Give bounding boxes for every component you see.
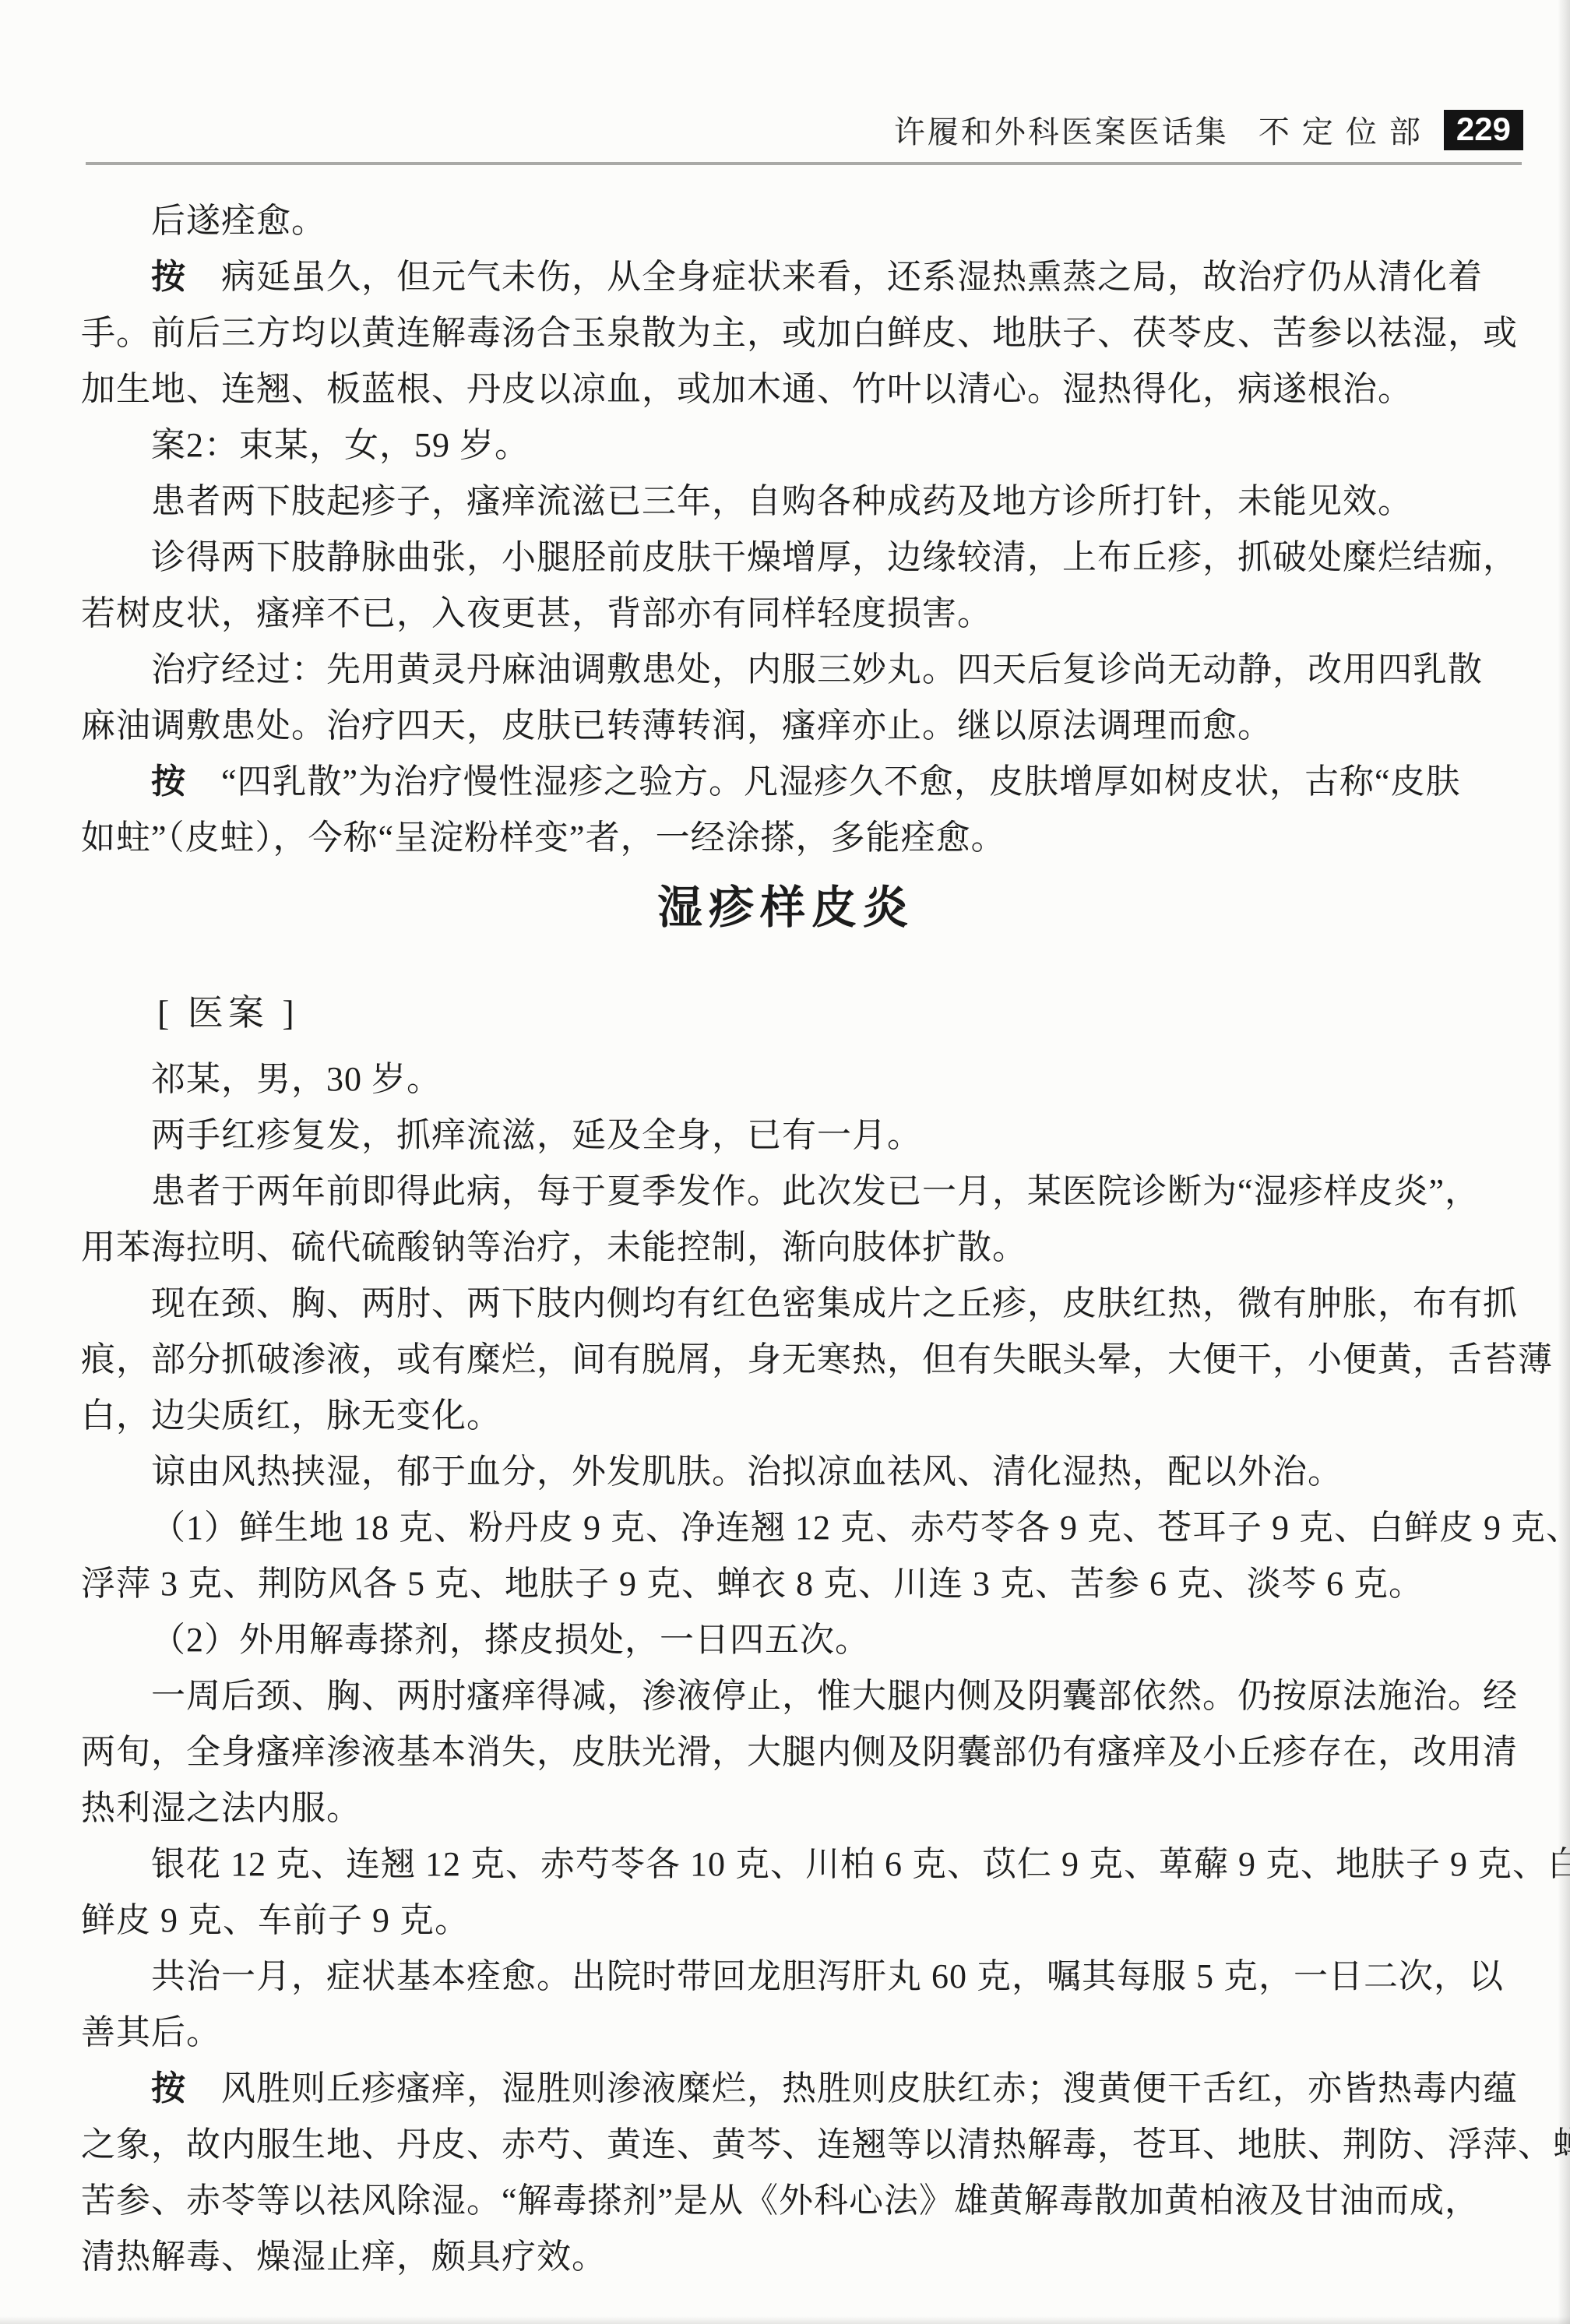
text-line: （2）外用解毒搽剂，搽皮损处，一日四五次。 [81, 1612, 1491, 1668]
book-title: 许履和外科医案医话集 [894, 107, 1229, 152]
text-line: 苦参、赤苓等以祛风除湿。“解毒搽剂”是从《外科心法》雄黄解毒散加黄柏液及甘油而成… [81, 2173, 1491, 2229]
text-line: 按 病延虽久，但元气未伤，从全身症状来看，还系湿热熏蒸之局，故治疗仍从清化着 [81, 249, 1491, 305]
text-line: 若树皮状，瘙痒不已，入夜更甚，背部亦有同样轻度损害。 [81, 586, 1491, 642]
text-line: 如蛀”（皮蛀），今称“呈淀粉样变”者，一经涂搽，多能痊愈。 [81, 810, 1491, 866]
text-line: 痕，部分抓破渗液，或有糜烂，间有脱屑，身无寒热，但有失眠头晕，大便干，小便黄，舌… [81, 1332, 1491, 1388]
text-line: 鲜皮 9 克、车前子 9 克。 [81, 1893, 1491, 1949]
text-line: 祁某，男，30 岁。 [81, 1051, 1491, 1107]
page-number-badge: 229 [1444, 110, 1523, 150]
text-line: 患者两下肢起疹子，瘙痒流滋已三年，自购各种成药及地方诊所打针，未能见效。 [81, 474, 1491, 530]
text-line: （1）鲜生地 18 克、粉丹皮 9 克、净连翘 12 克、赤芍苓各 9 克、苍耳… [81, 1500, 1491, 1556]
header-divider [86, 162, 1522, 165]
content: 后遂痊愈。按 病延虽久，但元气未伤，从全身症状来看，还系湿热熏蒸之局，故治疗仍从… [81, 193, 1491, 2285]
scan-artifact-bottom-edge [0, 2316, 1570, 2324]
text-line: 按 “四乳散”为治疗慢性湿疹之验方。凡湿疹久不愈，皮肤增厚如树皮状，古称“皮肤 [81, 754, 1491, 810]
text-line: 两旬，全身瘙痒渗液基本消失，皮肤光滑，大腿内侧及阴囊部仍有瘙痒及小丘疹存在，改用… [81, 1724, 1491, 1780]
book-page: 许履和外科医案医话集 不定位部 229 后遂痊愈。按 病延虽久，但元气未伤，从全… [0, 0, 1570, 2324]
text-line: 一周后颈、胸、两肘瘙痒得减，渗液停止，惟大腿内侧及阴囊部依然。仍按原法施治。经 [81, 1668, 1491, 1724]
text-line: 麻油调敷患处。治疗四天，皮肤已转薄转润，瘙痒亦止。继以原法调理而愈。 [81, 698, 1491, 754]
text-line: 之象，故内服生地、丹皮、赤芍、黄连、黄芩、连翘等以清热解毒，苍耳、地肤、荆防、浮… [81, 2117, 1491, 2173]
text-line: 共治一月，症状基本痊愈。出院时带回龙胆泻肝丸 60 克，嘱其每服 5 克，一日二… [81, 1949, 1491, 2005]
text-line: 手。前后三方均以黄连解毒汤合玉泉散为主，或加白鲜皮、地肤子、茯苓皮、苦参以祛湿，… [81, 305, 1491, 361]
text-line: 按 风胜则丘疹瘙痒，湿胜则渗液糜烂，热胜则皮肤红赤；溲黄便干舌红，亦皆热毒内蕴 [81, 2061, 1491, 2117]
text-line: 现在颈、胸、两肘、两下肢内侧均有红色密集成片之丘疹，皮肤红热，微有肿胀，布有抓 [81, 1276, 1491, 1332]
text-line: 患者于两年前即得此病，每于夏季发作。此次发已一月，某医院诊断为“湿疹样皮炎”， [81, 1164, 1491, 1220]
section-title: 湿疹样皮炎 [81, 877, 1491, 939]
case-label: [ 医案 ] [81, 984, 1491, 1042]
text-line: 热利湿之法内服。 [81, 1780, 1491, 1836]
text-line: 诊得两下肢静脉曲张，小腿胫前皮肤干燥增厚，边缘较清，上布丘疹，抓破处糜烂结痂， [81, 530, 1491, 586]
running-head: 许履和外科医案医话集 不定位部 229 [894, 107, 1523, 152]
text-line: 两手红疹复发，抓痒流滋，延及全身，已有一月。 [81, 1107, 1491, 1164]
text-line: 白，边尖质红，脉无变化。 [81, 1388, 1491, 1444]
text-line: 用苯海拉明、硫代硫酸钠等治疗，未能控制，渐向肢体扩散。 [81, 1220, 1491, 1276]
text-line: 治疗经过：先用黄灵丹麻油调敷患处，内服三妙丸。四天后复诊尚无动静，改用四乳散 [81, 642, 1491, 698]
text-line: 清热解毒、燥湿止痒，颇具疗效。 [81, 2229, 1491, 2285]
text-line: 案2：束某，女，59 岁。 [81, 417, 1491, 474]
commentary-marker: 按 [151, 258, 186, 296]
commentary-marker: 按 [151, 762, 186, 801]
text-line: 银花 12 克、连翘 12 克、赤芍苓各 10 克、川柏 6 克、苡仁 9 克、… [81, 1836, 1491, 1893]
text-line: 浮萍 3 克、荆防风各 5 克、地肤子 9 克、蝉衣 8 克、川连 3 克、苦参… [81, 1556, 1491, 1612]
section-name: 不定位部 [1258, 107, 1433, 152]
text-line: 加生地、连翘、板蓝根、丹皮以凉血，或加木通、竹叶以清心。湿热得化，病遂根治。 [81, 361, 1491, 417]
text-line: 善其后。 [81, 2005, 1491, 2061]
text-line: 谅由风热挟湿，郁于血分，外发肌肤。治拟凉血祛风、清化湿热，配以外治。 [81, 1444, 1491, 1500]
text-line: 后遂痊愈。 [81, 193, 1491, 249]
commentary-marker: 按 [151, 2069, 186, 2107]
scan-artifact-right-edge [1558, 0, 1570, 2324]
